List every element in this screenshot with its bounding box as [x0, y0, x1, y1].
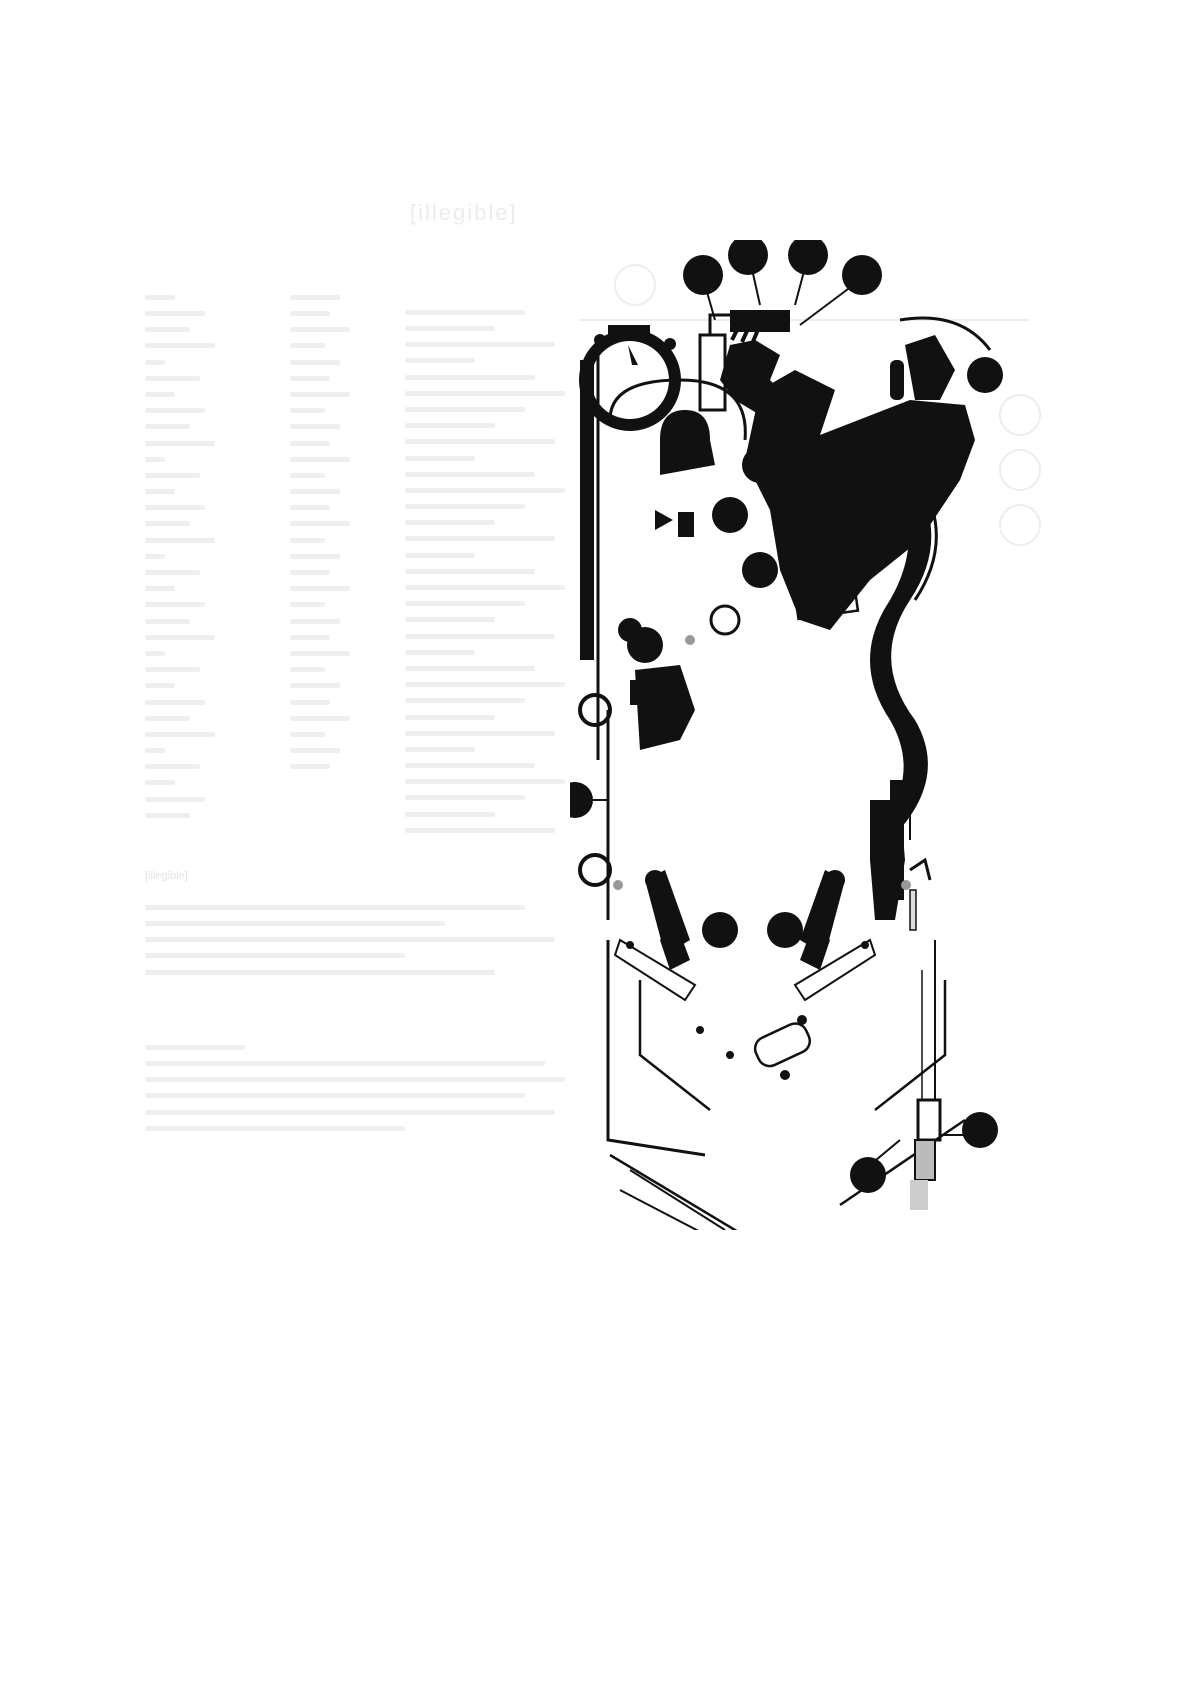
parts-list-row [405, 726, 595, 742]
parts-list-row [145, 500, 265, 516]
parts-list-row [290, 468, 400, 484]
parts-list-row [405, 596, 595, 612]
parts-list-row [290, 662, 400, 678]
parts-list-row [290, 290, 400, 306]
parts-list-row [405, 337, 595, 353]
parts-list-row [145, 965, 595, 981]
callout-1 [683, 255, 723, 295]
callout-13 [962, 1112, 998, 1148]
parts-list-row [290, 339, 400, 355]
parts-list-row [290, 614, 400, 630]
parts-list-row [405, 532, 595, 548]
parts-list-row [290, 436, 400, 452]
parts-list-row [145, 549, 265, 565]
callout-3 [788, 240, 828, 275]
parts-list-row [290, 306, 400, 322]
parts-list-row [405, 402, 595, 418]
parts-list-row [405, 791, 595, 807]
parts-list-row [290, 646, 400, 662]
parts-list-row [405, 694, 595, 710]
parts-list-row [290, 452, 400, 468]
parts-list-row [145, 743, 265, 759]
parts-list-row [405, 370, 595, 386]
callout-14 [850, 1157, 886, 1193]
parts-list-row [145, 436, 265, 452]
callout-6 [742, 447, 778, 483]
parts-list-row [145, 420, 265, 436]
parts-list-row [290, 695, 400, 711]
parts-list-row [290, 322, 400, 338]
parts-list-row [145, 598, 265, 614]
parts-list-row [405, 823, 595, 839]
parts-list-row [145, 932, 595, 948]
parts-list-row [145, 646, 265, 662]
parts-list-row [405, 742, 595, 758]
parts-list-row [290, 759, 400, 775]
parts-list-row [145, 1105, 595, 1121]
parts-list-row [405, 499, 595, 515]
parts-list-row [405, 354, 595, 370]
parts-list-row [290, 598, 400, 614]
parts-list-upper-col-1 [145, 290, 265, 824]
parts-list-row [290, 420, 400, 436]
parts-list-row [145, 792, 265, 808]
parts-list-row [405, 613, 595, 629]
parts-list-row [405, 758, 595, 774]
parts-list-row [145, 468, 265, 484]
parts-list-row [145, 1072, 595, 1088]
parts-list-row [405, 677, 595, 693]
section-heading: [illegible] [145, 870, 188, 882]
parts-list-row [290, 630, 400, 646]
callout-5 [967, 357, 1003, 393]
callout-7 [712, 497, 748, 533]
parts-list-row [145, 581, 265, 597]
parts-list-row [145, 339, 265, 355]
parts-list-row [145, 900, 595, 916]
parts-list-row [145, 916, 595, 932]
parts-list-row [145, 711, 265, 727]
parts-list-row [145, 403, 265, 419]
parts-list-row [145, 565, 265, 581]
parts-list-row [145, 290, 265, 306]
parts-list-row [145, 949, 595, 965]
parts-list-row [290, 743, 400, 759]
parts-list-row [145, 387, 265, 403]
parts-list-row [290, 711, 400, 727]
parts-list-row [290, 549, 400, 565]
parts-list-row [405, 418, 595, 434]
parts-list-row [290, 679, 400, 695]
parts-list-row [145, 306, 265, 322]
parts-list-row [145, 695, 265, 711]
parts-list-row [145, 371, 265, 387]
parts-list-row [290, 355, 400, 371]
parts-list-row [145, 776, 265, 792]
parts-list-upper-col-3 [405, 305, 595, 839]
parts-list-row [145, 808, 265, 824]
callout-2 [728, 240, 768, 275]
parts-list-row [405, 386, 595, 402]
parts-list-row [405, 548, 595, 564]
parts-list-row [290, 371, 400, 387]
parts-list-row [290, 565, 400, 581]
parts-list-row [145, 484, 265, 500]
callout-10 [570, 782, 593, 818]
parts-list-row [145, 614, 265, 630]
parts-list-row [405, 661, 595, 677]
parts-list-row [290, 727, 400, 743]
parts-list-row [405, 483, 595, 499]
parts-list-row [405, 435, 595, 451]
parts-list-row [405, 321, 595, 337]
parts-list-row [145, 452, 265, 468]
parts-list-row [405, 629, 595, 645]
parts-list-row [405, 580, 595, 596]
parts-list-row [405, 645, 595, 661]
parts-list-row [405, 774, 595, 790]
parts-list-upper-col-2 [290, 290, 400, 776]
callout-9 [627, 627, 663, 663]
parts-list-row [145, 1121, 595, 1137]
callout-11 [702, 912, 738, 948]
parts-list-row [145, 322, 265, 338]
parts-list-row [405, 807, 595, 823]
parts-list-row [405, 305, 595, 321]
parts-list-row [145, 679, 265, 695]
parts-list-row [405, 515, 595, 531]
parts-list-row [405, 710, 595, 726]
parts-list-row [145, 662, 265, 678]
callout-8 [742, 552, 778, 588]
parts-list-row [290, 500, 400, 516]
parts-list-row [290, 517, 400, 533]
parts-list-row [145, 355, 265, 371]
parts-list-row [290, 581, 400, 597]
parts-list-row [145, 1040, 595, 1056]
page-title: [illegible] [410, 200, 800, 226]
callout-12 [767, 912, 803, 948]
parts-list-row [145, 533, 265, 549]
callout-4 [842, 255, 882, 295]
parts-list-row [145, 1056, 595, 1072]
parts-list-lower-block [145, 1040, 595, 1137]
parts-list-row [145, 727, 265, 743]
parts-list-row [145, 630, 265, 646]
parts-list-middle-block [145, 900, 595, 981]
parts-list-row [145, 517, 265, 533]
parts-list-row [145, 1089, 595, 1105]
parts-list-row [145, 759, 265, 775]
parts-list-row [290, 387, 400, 403]
parts-list-row [290, 484, 400, 500]
parts-list-row [405, 467, 595, 483]
playfield-diagram [570, 240, 1070, 1230]
parts-list-row [290, 403, 400, 419]
parts-list-row [405, 451, 595, 467]
parts-list-row [290, 533, 400, 549]
parts-list-row [405, 564, 595, 580]
